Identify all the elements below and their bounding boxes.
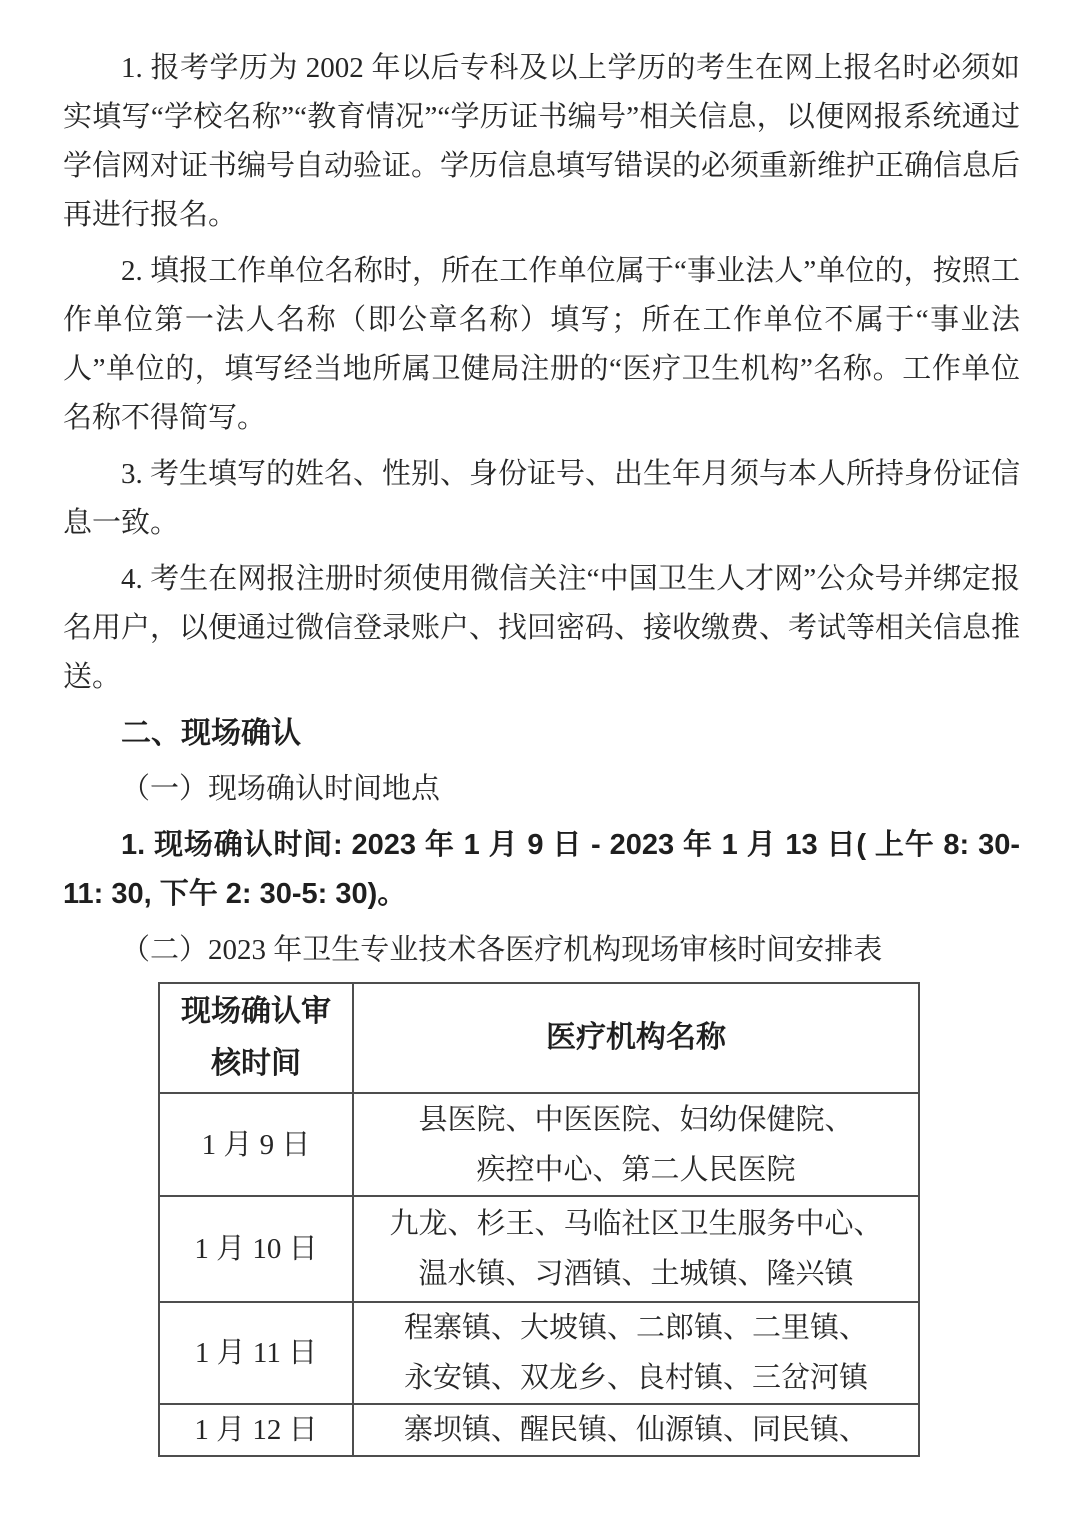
document-page: 1. 报考学历为 2002 年以后专科及以上学历的考生在网上报名时必须如实填写“… [0, 0, 1080, 1526]
paragraph-work-unit: 2. 填报工作单位名称时，所在工作单位属于“事业法人”单位的，按照工作单位第一法… [63, 247, 1020, 443]
subsection-time-location: （一）现场确认时间地点 [63, 765, 1020, 814]
header-confirm-time-line1: 现场确认审 [168, 986, 344, 1038]
orgs-cell: 县医院、中医医院、妇幼保健院、 疾控中心、第二人民医院 [353, 1093, 919, 1196]
orgs-line: 疾控中心、第二人民医院 [362, 1145, 910, 1195]
confirmation-time-text: 1. 现场确认时间: 2023 年 1 月 9 日 - 2023 年 1 月 1… [63, 821, 1020, 919]
orgs-cell: 寨坝镇、醒民镇、仙源镇、同民镇、 [353, 1404, 919, 1456]
table-row-jan10: 1 月 10 日 九龙、杉王、马临社区卫生服务中心、 温水镇、习酒镇、土城镇、隆… [159, 1196, 919, 1302]
schedule-table: 现场确认审 核时间 医疗机构名称 1 月 9 日 县医院、中医医院、妇幼保健院、… [158, 982, 920, 1457]
subsection-schedule-table-title: （二）2023 年卫生专业技术各医疗机构现场审核时间安排表 [63, 926, 1020, 975]
section-heading-onsite-confirmation: 二、现场确认 [63, 709, 1020, 758]
orgs-line: 温水镇、习酒镇、土城镇、隆兴镇 [362, 1249, 910, 1299]
orgs-line: 九龙、杉王、马临社区卫生服务中心、 [362, 1199, 910, 1249]
date-cell: 1 月 10 日 [159, 1196, 353, 1302]
table-row-jan12: 1 月 12 日 寨坝镇、醒民镇、仙源镇、同民镇、 [159, 1404, 919, 1456]
orgs-line: 永安镇、双龙乡、良村镇、三岔河镇 [362, 1353, 910, 1403]
orgs-line: 县医院、中医医院、妇幼保健院、 [362, 1095, 910, 1145]
table-header-row: 现场确认审 核时间 医疗机构名称 [159, 983, 919, 1093]
paragraph-wechat-binding: 4. 考生在网报注册时须使用微信关注“中国卫生人才网”公众号并绑定报名用户，以便… [63, 555, 1020, 702]
orgs-cell: 九龙、杉王、马临社区卫生服务中心、 温水镇、习酒镇、土城镇、隆兴镇 [353, 1196, 919, 1302]
orgs-line: 寨坝镇、醒民镇、仙源镇、同民镇、 [362, 1405, 910, 1455]
orgs-cell: 程寨镇、大坡镇、二郎镇、二里镇、 永安镇、双龙乡、良村镇、三岔河镇 [353, 1302, 919, 1404]
date-cell: 1 月 11 日 [159, 1302, 353, 1404]
paragraph-identity-info: 3. 考生填写的姓名、性别、身份证号、出生年月须与本人所持身份证信息一致。 [63, 450, 1020, 548]
date-cell: 1 月 9 日 [159, 1093, 353, 1196]
header-org-name: 医疗机构名称 [353, 983, 919, 1093]
paragraph-education-info: 1. 报考学历为 2002 年以后专科及以上学历的考生在网上报名时必须如实填写“… [63, 44, 1020, 240]
header-confirm-time: 现场确认审 核时间 [159, 983, 353, 1093]
table-row-jan9: 1 月 9 日 县医院、中医医院、妇幼保健院、 疾控中心、第二人民医院 [159, 1093, 919, 1196]
orgs-line: 程寨镇、大坡镇、二郎镇、二里镇、 [362, 1303, 910, 1353]
table-row-jan11: 1 月 11 日 程寨镇、大坡镇、二郎镇、二里镇、 永安镇、双龙乡、良村镇、三岔… [159, 1302, 919, 1404]
header-confirm-time-line2: 核时间 [168, 1038, 344, 1090]
date-cell: 1 月 12 日 [159, 1404, 353, 1456]
